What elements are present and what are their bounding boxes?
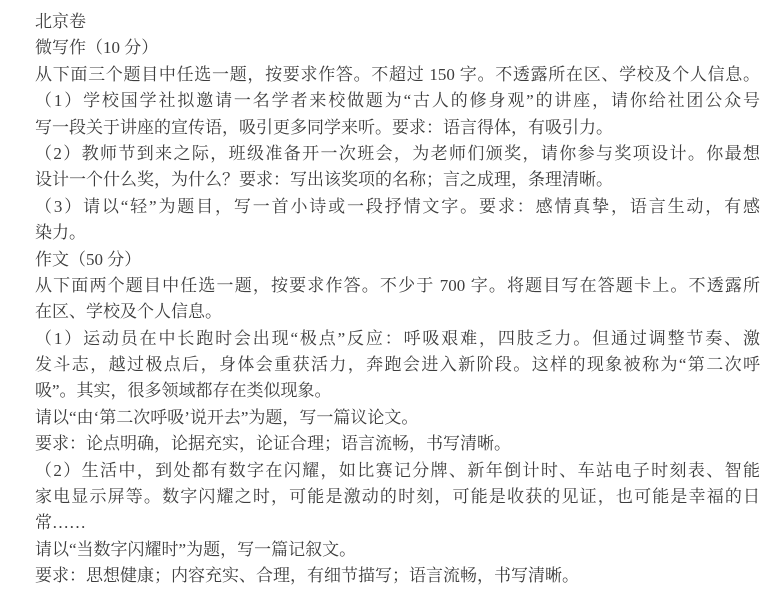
text-line-3: 从下面三个题目中任选一题，按要求作答。不超过 150 字。不透露所在区、学校及个…	[35, 62, 760, 88]
text-line-20: 常……	[35, 510, 760, 536]
text-line-1: 北京卷	[35, 9, 760, 35]
document-page: 北京卷微写作（10 分）从下面三个题目中任选一题，按要求作答。不超过 150 字…	[0, 0, 766, 606]
text-line-22: 要求：思想健康；内容充实、合理，有细节描写；语言流畅，书写清晰。	[35, 563, 760, 589]
text-line-7: 设计一个什么奖，为什么？要求：写出该奖项的名称；言之成理，条理清晰。	[35, 167, 760, 193]
text-line-4: （1）学校国学社拟邀请一名学者来校做题为“古人的修身观”的讲座，请你给社团公众号	[35, 88, 760, 114]
text-line-12: 在区、学校及个人信息。	[35, 299, 760, 325]
text-line-9: 染力。	[35, 220, 760, 246]
text-line-8: （3）请以“轻”为题目，写一首小诗或一段抒情文字。要求：感情真挚，语言生动，有感	[35, 194, 760, 220]
text-line-21: 请以“当数字闪耀时”为题，写一篇记叙文。	[35, 537, 760, 563]
text-line-2: 微写作（10 分）	[35, 35, 760, 61]
text-line-13: （1）运动员在中长跑时会出现“极点”反应：呼吸艰难，四肢乏力。但通过调整节奏、激	[35, 326, 760, 352]
text-line-17: 要求：论点明确，论据充实，论证合理；语言流畅，书写清晰。	[35, 431, 760, 457]
text-line-16: 请以“由‘第二次呼吸’说开去”为题，写一篇议论文。	[35, 405, 760, 431]
text-lines: 北京卷微写作（10 分）从下面三个题目中任选一题，按要求作答。不超过 150 字…	[35, 9, 760, 590]
text-line-5: 写一段关于讲座的宣传语，吸引更多同学来听。要求：语言得体，有吸引力。	[35, 115, 760, 141]
text-line-6: （2）教师节到来之际，班级准备开一次班会，为老师们颁奖，请你参与奖项设计。你最想	[35, 141, 760, 167]
text-line-15: 吸”。其实，很多领域都存在类似现象。	[35, 378, 760, 404]
text-line-11: 从下面两个题目中任选一题，按要求作答。不少于 700 字。将题目写在答题卡上。不…	[35, 273, 760, 299]
text-line-14: 发斗志，越过极点后，身体会重获活力，奔跑会进入新阶段。这样的现象被称为“第二次呼	[35, 352, 760, 378]
text-line-18: （2）生活中，到处都有数字在闪耀，如比赛记分牌、新年倒计时、车站电子时刻表、智能	[35, 458, 760, 484]
text-line-19: 家电显示屏等。数字闪耀之时，可能是激动的时刻，可能是收获的见证，也可能是幸福的日	[35, 484, 760, 510]
text-line-10: 作文（50 分）	[35, 247, 760, 273]
